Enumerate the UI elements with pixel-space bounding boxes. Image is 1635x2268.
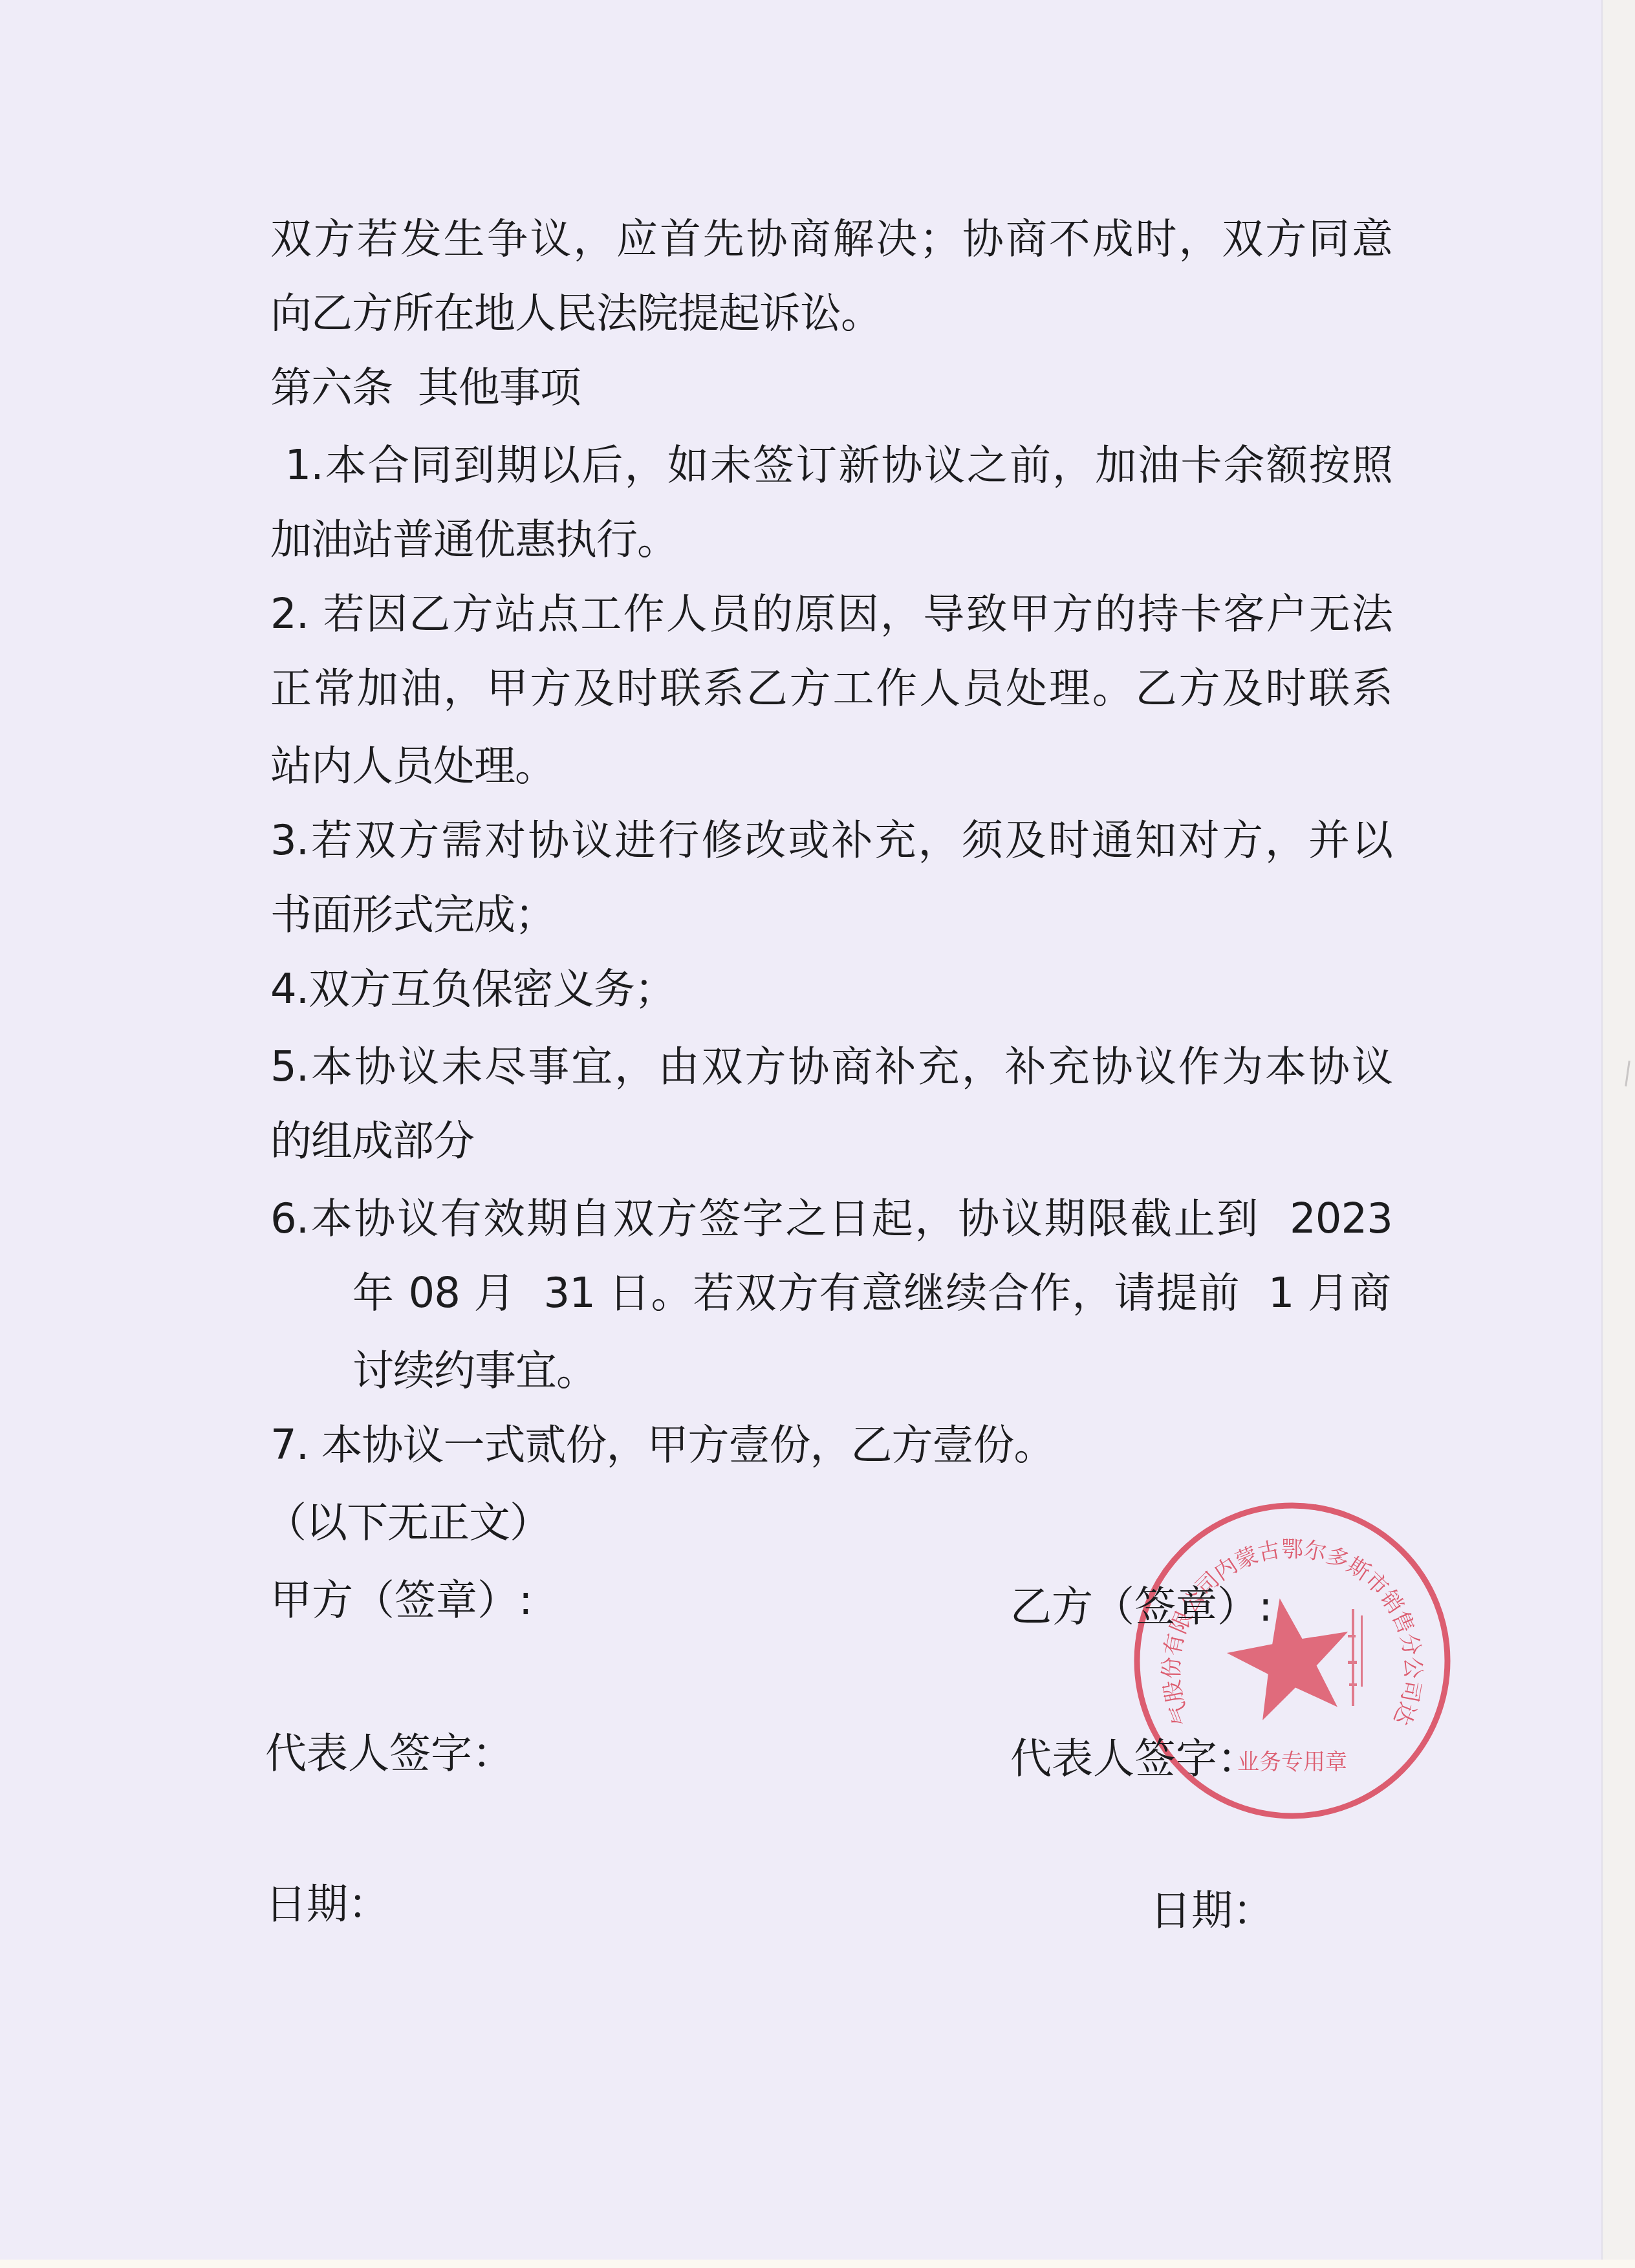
party-a-seal-label: 甲方（签章）: xyxy=(270,1575,533,1626)
party-a-date-label: 日期： xyxy=(265,1879,389,1930)
party-b-date-label: 日期： xyxy=(1150,1885,1274,1937)
clause-1: 1.本合同到期以后，如未签订新协议之前，加油卡余额按照 xyxy=(270,440,1392,491)
clause-2-cont: 正常加油，甲方及时联系乙方工作人员处理。乙方及时联系 xyxy=(270,663,1392,715)
scan-edge-strip xyxy=(1603,0,1635,2260)
body-line: 向乙方所在地人民法院提起诉讼。 xyxy=(270,288,882,340)
body-line: 双方若发生争议，应首先协商解决；协商不成时，双方同意 xyxy=(270,213,1392,265)
clause-4: 4.双方互负保密义务； xyxy=(270,964,675,1015)
clause-6-cont: 年 08 月 31 日。若双方有意继续合作，请提前 1 月商 xyxy=(352,1268,1391,1319)
party-a-rep-label: 代表人签字： xyxy=(265,1728,514,1780)
clause-6: 6.本协议有效期自双方签字之日起，协议期限截止到 2023 xyxy=(270,1193,1392,1245)
clause-5: 5.本协议未尽事宜，由双方协商补充，补充协议作为本协议 xyxy=(270,1041,1392,1093)
clause-6-cont: 讨续约事宜。 xyxy=(352,1345,597,1397)
party-b-seal-label: 乙方（签章）: xyxy=(1010,1581,1273,1633)
party-b-rep-label: 代表人签字： xyxy=(1010,1733,1259,1785)
clause-2-cont: 站内人员处理。 xyxy=(270,740,556,792)
clause-3-cont: 书面形式完成； xyxy=(270,889,556,941)
clause-3: 3.若双方需对协议进行修改或补充，须及时通知对方，并以 xyxy=(270,815,1392,867)
clause-5-cont: 的组成部分 xyxy=(270,1116,474,1167)
clause-7: 7. 本协议一式贰份，甲方壹份，乙方壹份。 xyxy=(270,1420,1054,1471)
clause-2: 2. 若因乙方站点工作人员的原因，导致甲方的持卡客户无法 xyxy=(270,589,1392,640)
seal-vertical-script xyxy=(1348,1609,1363,1706)
scan-bottom-edge xyxy=(0,2260,1635,2268)
end-note: （以下无正文） xyxy=(265,1497,550,1549)
clause-1-cont: 加油站普通优惠执行。 xyxy=(270,514,678,566)
section-heading: 第六条 其他事项 xyxy=(270,362,581,414)
